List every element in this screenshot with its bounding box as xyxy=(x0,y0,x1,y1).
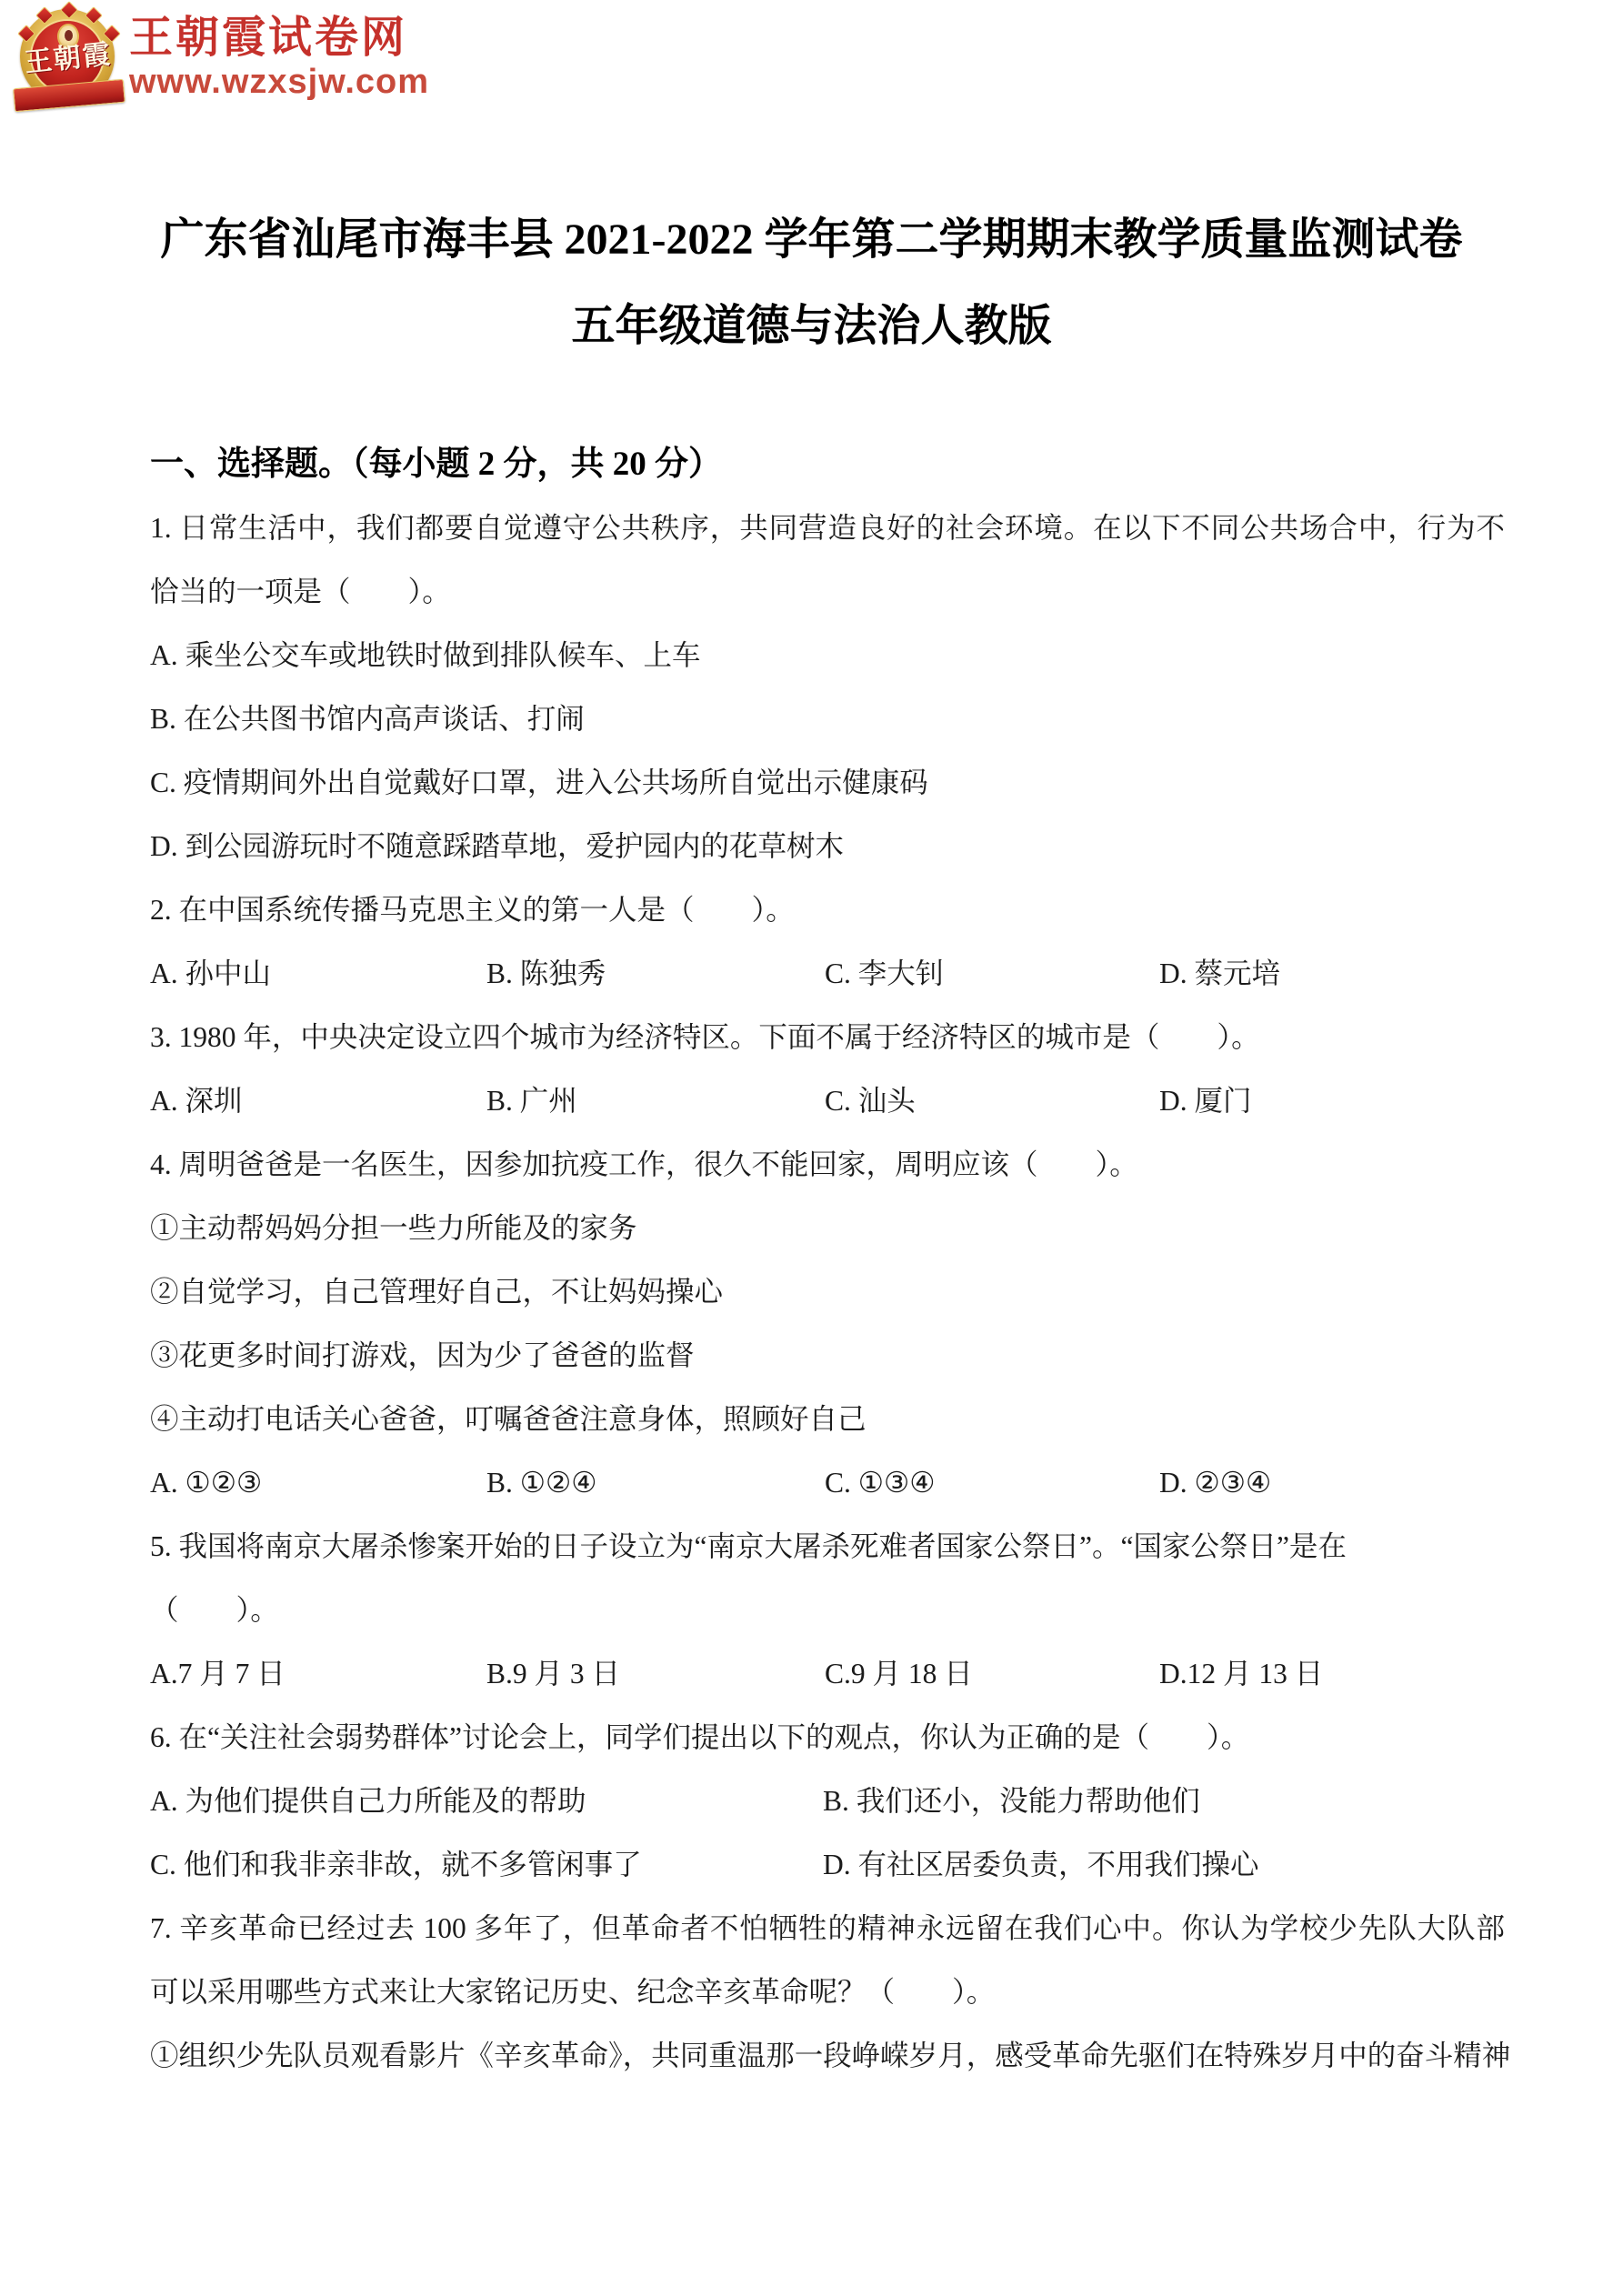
question-1-option-b: B. 在公共图书馆内高声谈话、打闹 xyxy=(150,687,1505,751)
question-1-option-c: C. 疫情期间外出自觉戴好口罩，进入公共场所自觉出示健康码 xyxy=(150,751,1505,815)
question-1-option-d: D. 到公园游玩时不随意踩踏草地，爱护园内的花草树木 xyxy=(150,815,1505,878)
question-3-option-d: D. 厦门 xyxy=(1159,1069,1505,1133)
question-1-stem-line1: 1. 日常生活中，我们都要自觉遵守公共秩序，共同营造良好的社会环境。在以下不同公… xyxy=(150,496,1505,560)
paper-title: 广东省汕尾市海丰县 2021-2022 学年第二学期期末教学质量监测试卷 五年级… xyxy=(0,196,1623,369)
question-5-option-d: D.12 月 13 日 xyxy=(1159,1642,1505,1706)
brand-website: www.wzxsjw.com xyxy=(129,64,429,100)
question-6: 6. 在“关注社会弱势群体”讨论会上，同学们提出以下的观点，你认为正确的是（ ）… xyxy=(150,1706,1505,1897)
question-4-option-a: A. ①②③ xyxy=(150,1451,486,1515)
question-5-option-a: A.7 月 7 日 xyxy=(150,1642,486,1706)
section-heading: 一、选择题。（每小题 2 分，共 20 分） xyxy=(150,433,1505,496)
brand-logo: 王朝霞 王朝霞试卷网 www.wzxsjw.com xyxy=(18,2,429,113)
paper-title-line1: 广东省汕尾市海丰县 2021-2022 学年第二学期期末教学质量监测试卷 xyxy=(0,196,1623,283)
question-2-option-b: B. 陈独秀 xyxy=(486,942,825,1006)
question-4-item-3: ③花更多时间打游戏，因为少了爸爸的监督 xyxy=(150,1324,1505,1388)
question-4-item-2: ②自觉学习，自己管理好自己，不让妈妈操心 xyxy=(150,1260,1505,1324)
question-3-option-c: C. 汕头 xyxy=(825,1069,1159,1133)
question-1-option-a: A. 乘坐公交车或地铁时做到排队候车、上车 xyxy=(150,624,1505,687)
question-2: 2. 在中国系统传播马克思主义的第一人是（ ）。 A. 孙中山 B. 陈独秀 C… xyxy=(150,878,1505,1006)
exam-paper-page: 王朝霞 王朝霞试卷网 www.wzxsjw.com 广东省汕尾市海丰县 2021… xyxy=(0,0,1623,2296)
question-4-option-b: B. ①②④ xyxy=(486,1451,825,1515)
question-5-option-c: C.9 月 18 日 xyxy=(825,1642,1159,1706)
question-3-options: A. 深圳 B. 广州 C. 汕头 D. 厦门 xyxy=(150,1069,1505,1133)
question-2-option-c: C. 李大钊 xyxy=(825,942,1159,1006)
question-2-option-d: D. 蔡元培 xyxy=(1159,942,1505,1006)
paper-title-line2: 五年级道德与法治人教版 xyxy=(0,283,1623,369)
question-6-option-c: C. 他们和我非亲非故，就不多管闲事了 xyxy=(150,1833,823,1897)
question-6-options-row2: C. 他们和我非亲非故，就不多管闲事了 D. 有社区居委负责，不用我们操心 xyxy=(150,1833,1505,1897)
question-1: 1. 日常生活中，我们都要自觉遵守公共秩序，共同营造良好的社会环境。在以下不同公… xyxy=(150,496,1505,878)
question-4-item-4: ④主动打电话关心爸爸，叮嘱爸爸注意身体，照顾好自己 xyxy=(150,1388,1505,1451)
question-6-option-a: A. 为他们提供自己力所能及的帮助 xyxy=(150,1770,823,1833)
question-5-stem-line2: （ ）。 xyxy=(150,1579,1505,1642)
question-5-stem-line1: 5. 我国将南京大屠杀惨案开始的日子设立为“南京大屠杀死难者国家公祭日”。“国家… xyxy=(150,1515,1505,1579)
question-3: 3. 1980 年，中央决定设立四个城市为经济特区。下面不属于经济特区的城市是（… xyxy=(150,1006,1505,1133)
question-4-options: A. ①②③ B. ①②④ C. ①③④ D. ②③④ xyxy=(150,1451,1505,1515)
brand-name: 王朝霞试卷网 xyxy=(129,13,429,64)
brand-badge-icon: 王朝霞 xyxy=(18,2,118,113)
question-3-option-a: A. 深圳 xyxy=(150,1069,486,1133)
question-7-stem-line1: 7. 辛亥革命已经过去 100 多年了，但革命者不怕牺牲的精神永远留在我们心中。… xyxy=(150,1897,1505,1960)
question-5-options: A.7 月 7 日 B.9 月 3 日 C.9 月 18 日 D.12 月 13… xyxy=(150,1642,1505,1706)
question-7-item-1: ①组织少先队员观看影片《辛亥革命》，共同重温那一段峥嵘岁月，感受革命先驱们在特殊… xyxy=(150,2024,1505,2088)
question-5: 5. 我国将南京大屠杀惨案开始的日子设立为“南京大屠杀死难者国家公祭日”。“国家… xyxy=(150,1515,1505,1706)
question-7: 7. 辛亥革命已经过去 100 多年了，但革命者不怕牺牲的精神永远留在我们心中。… xyxy=(150,1897,1505,2088)
question-6-option-b: B. 我们还小，没能力帮助他们 xyxy=(823,1770,1505,1833)
question-4: 4. 周明爸爸是一名医生，因参加抗疫工作，很久不能回家，周明应该（ ）。 ①主动… xyxy=(150,1133,1505,1515)
paper-body: 一、选择题。（每小题 2 分，共 20 分） 1. 日常生活中，我们都要自觉遵守… xyxy=(150,433,1505,2088)
question-4-item-1: ①主动帮妈妈分担一些力所能及的家务 xyxy=(150,1197,1505,1260)
question-4-option-c: C. ①③④ xyxy=(825,1451,1159,1515)
question-3-stem: 3. 1980 年，中央决定设立四个城市为经济特区。下面不属于经济特区的城市是（… xyxy=(150,1006,1505,1069)
brand-text-block: 王朝霞试卷网 www.wzxsjw.com xyxy=(129,2,429,100)
question-7-stem-line2: 可以采用哪些方式来让大家铭记历史、纪念辛亥革命呢？（ ）。 xyxy=(150,1960,1505,2024)
question-2-stem: 2. 在中国系统传播马克思主义的第一人是（ ）。 xyxy=(150,878,1505,942)
question-4-stem: 4. 周明爸爸是一名医生，因参加抗疫工作，很久不能回家，周明应该（ ）。 xyxy=(150,1133,1505,1197)
question-6-options-row1: A. 为他们提供自己力所能及的帮助 B. 我们还小，没能力帮助他们 xyxy=(150,1770,1505,1833)
question-5-option-b: B.9 月 3 日 xyxy=(486,1642,825,1706)
question-2-options: A. 孙中山 B. 陈独秀 C. 李大钊 D. 蔡元培 xyxy=(150,942,1505,1006)
question-4-option-d: D. ②③④ xyxy=(1159,1451,1505,1515)
question-6-stem: 6. 在“关注社会弱势群体”讨论会上，同学们提出以下的观点，你认为正确的是（ ）… xyxy=(150,1706,1505,1770)
question-1-stem-line2: 恰当的一项是（ ）。 xyxy=(150,560,1505,624)
question-3-option-b: B. 广州 xyxy=(486,1069,825,1133)
question-6-option-d: D. 有社区居委负责，不用我们操心 xyxy=(823,1833,1505,1897)
question-2-option-a: A. 孙中山 xyxy=(150,942,486,1006)
